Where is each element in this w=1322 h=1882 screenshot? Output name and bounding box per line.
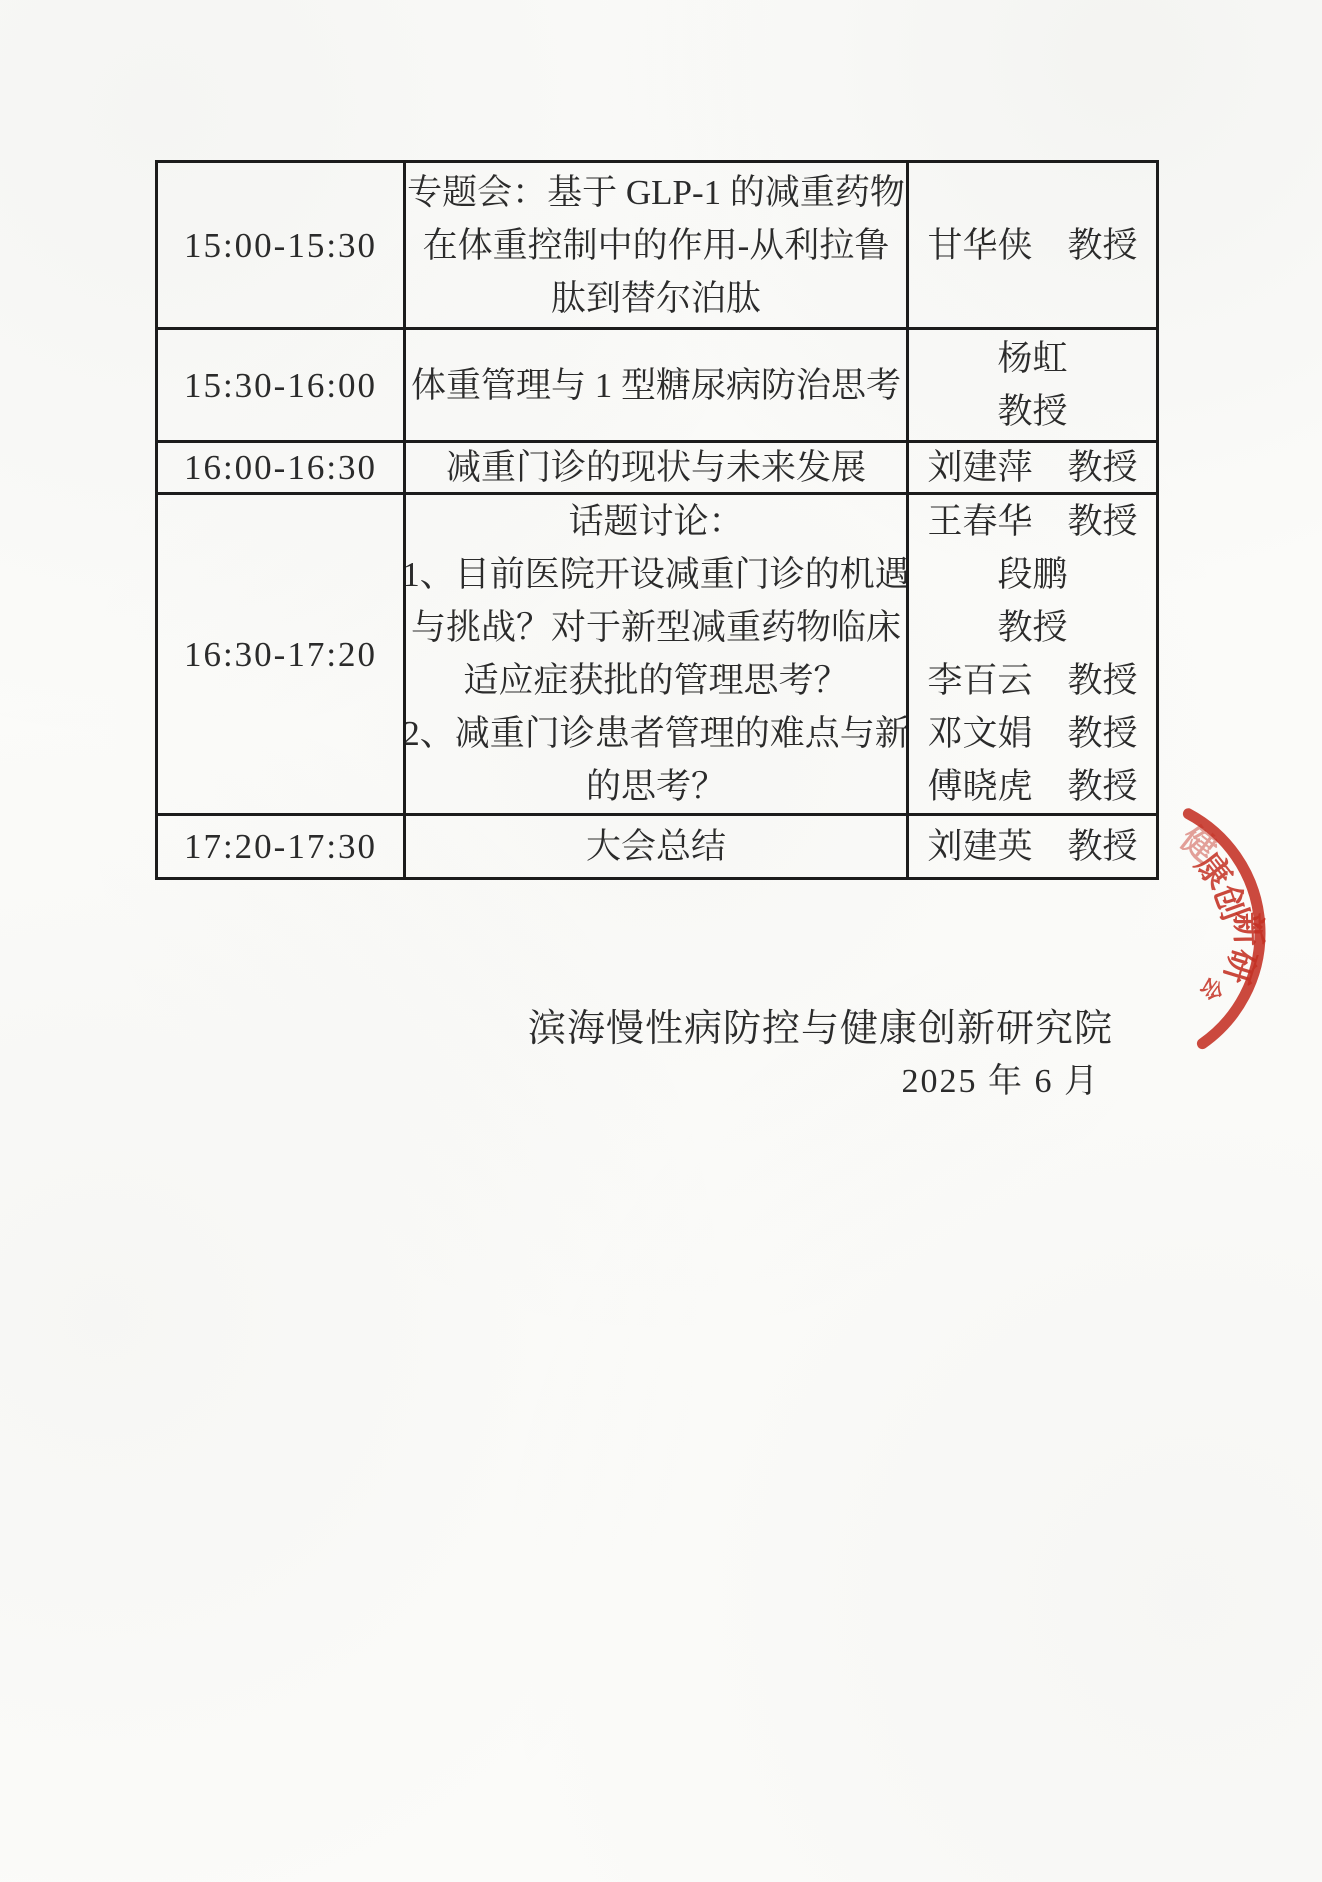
table-row: 16:30-17:20 话题讨论： 1、目前医院开设减重门诊的机遇 与挑战？对于… — [158, 492, 1156, 813]
time-cell: 17:20-17:30 — [158, 816, 403, 877]
topic-line: 的思考？ — [586, 760, 726, 813]
time-text: 16:00-16:30 — [184, 443, 377, 492]
speaker-cell: 刘建萍 教授 — [906, 443, 1156, 492]
topic-line: 2、减重门诊患者管理的难点与新 — [403, 707, 906, 760]
speaker-line: 杨虹 — [997, 332, 1067, 385]
topic-line: 适应症获批的管理思考？ — [463, 654, 848, 707]
speaker-line: 教授 — [997, 601, 1067, 654]
speaker-line: 段鹏 — [997, 548, 1067, 601]
time-text: 15:30-16:00 — [184, 359, 377, 412]
topic-cell: 大会总结 — [403, 816, 906, 877]
red-seal-stamp: 健 康 创 新 研 会 — [1040, 765, 1320, 1065]
speaker-cell: 甘华侠 教授 — [906, 163, 1156, 327]
speaker-cell: 杨虹 教授 — [906, 330, 1156, 440]
topic-line: 专题会：基于 GLP-1 的减重药物 — [407, 166, 905, 219]
topic-line: 与挑战？对于新型减重药物临床 — [411, 601, 901, 654]
table-row: 16:00-16:30 减重门诊的现状与未来发展 刘建萍 教授 — [158, 440, 1156, 492]
topic-cell: 话题讨论： 1、目前医院开设减重门诊的机遇 与挑战？对于新型减重药物临床 适应症… — [403, 495, 906, 813]
time-text: 16:30-17:20 — [184, 628, 377, 681]
time-text: 15:00-15:30 — [184, 219, 377, 272]
time-cell: 16:30-17:20 — [158, 495, 403, 813]
stamp-char: 新 — [1228, 912, 1267, 947]
topic-line: 肽到替尔泊肽 — [551, 272, 761, 325]
topic-cell: 减重门诊的现状与未来发展 — [403, 443, 906, 492]
scanned-document-page: { "table": { "rows": [ { "time": "15:00-… — [0, 0, 1322, 1882]
topic-line: 在体重控制中的作用-从利拉鲁 — [423, 219, 890, 272]
table-row: 17:20-17:30 大会总结 刘建英 教授 — [158, 813, 1156, 877]
agenda-table: 15:00-15:30 专题会：基于 GLP-1 的减重药物 在体重控制中的作用… — [155, 160, 1159, 880]
time-cell: 16:00-16:30 — [158, 443, 403, 492]
speaker-line: 李百云 教授 — [927, 654, 1137, 707]
speaker-line: 甘华侠 教授 — [927, 219, 1137, 272]
time-cell: 15:00-15:30 — [158, 163, 403, 327]
topic-line: 减重门诊的现状与未来发展 — [446, 443, 866, 492]
topic-cell: 专题会：基于 GLP-1 的减重药物 在体重控制中的作用-从利拉鲁 肽到替尔泊肽 — [403, 163, 906, 327]
speaker-line: 邓文娟 教授 — [927, 707, 1137, 760]
table-row: 15:30-16:00 体重管理与 1 型糖尿病防治思考 杨虹 教授 — [158, 327, 1156, 440]
speaker-line: 王春华 教授 — [927, 495, 1137, 548]
topic-line: 1、目前医院开设减重门诊的机遇 — [403, 548, 906, 601]
topic-line: 体重管理与 1 型糖尿病防治思考 — [411, 359, 901, 412]
speaker-line: 教授 — [997, 385, 1067, 438]
topic-line: 大会总结 — [586, 820, 726, 873]
time-text: 17:20-17:30 — [184, 820, 377, 873]
topic-cell: 体重管理与 1 型糖尿病防治思考 — [403, 330, 906, 440]
footer-organization: 滨海慢性病防控与健康创新研究院 — [528, 997, 1113, 1052]
time-cell: 15:30-16:00 — [158, 330, 403, 440]
table-row: 15:00-15:30 专题会：基于 GLP-1 的减重药物 在体重控制中的作用… — [158, 163, 1156, 327]
topic-line: 话题讨论： — [568, 495, 743, 548]
speaker-line: 刘建萍 教授 — [927, 443, 1137, 492]
